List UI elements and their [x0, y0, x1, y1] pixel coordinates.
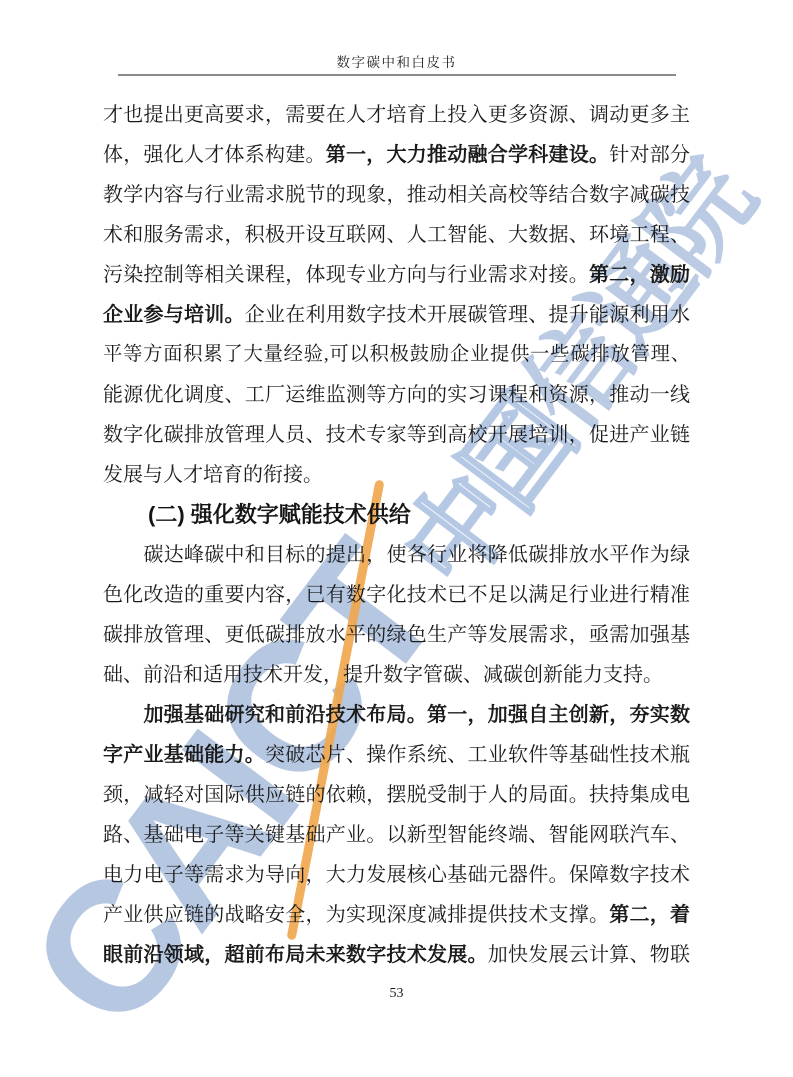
body-text: 才也提出更高要求，需要在人才培育上投入更多资源、调动更多主体，强化人才体系构建。… [103, 95, 690, 975]
text-line: 能源优化调度、工厂运维监测等方向的实习课程和资源，推动一线 [103, 375, 690, 415]
text-line: 才也提出更高要求，需要在人才培育上投入更多资源、调动更多主 [103, 95, 690, 135]
text-run: 数字化碳排放管理人员、技术专家等到高校开展培训，促进产业链 [103, 424, 690, 446]
header-rule [118, 74, 676, 76]
text-run: 加快发展云计算、物联 [488, 944, 690, 966]
text-run: 能源优化调度、工厂运维监测等方向的实习课程和资源，推动一线 [103, 384, 690, 406]
text-line: 路、基础电子等关键基础产业。以新型智能终端、智能网联汽车、 [103, 815, 690, 855]
text-line: 教学内容与行业需求脱节的现象，推动相关高校等结合数字减碳技 [103, 175, 690, 215]
text-run: 颈，减轻对国际供应链的依赖，摆脱受制于人的局面。扶持集成电 [103, 784, 690, 806]
bold-text-run: 企业参与培训。 [103, 304, 245, 326]
text-run: 础、前沿和适用技术开发，提升数字管碳、减碳创新能力支持。 [103, 664, 663, 686]
text-run: 碳达峰碳中和目标的提出，使各行业将降低碳排放水平作为绿 [144, 544, 691, 566]
text-line: 眼前沿领域，超前布局未来数字技术发展。加快发展云计算、物联 [103, 935, 690, 975]
document-page: CAICT中国信通院 数字碳中和白皮书 才也提出更高要求，需要在人才培育上投入更… [0, 0, 793, 1077]
text-run: 术和服务需求，积极开设互联网、人工智能、大数据、环境工程、 [103, 224, 690, 246]
section-heading: (二) 强化数字赋能技术供给 [103, 495, 690, 535]
text-line: 字产业基础能力。突破芯片、操作系统、工业软件等基础性技术瓶 [103, 735, 690, 775]
text-line: 体，强化人才体系构建。第一，大力推动融合学科建设。针对部分 [103, 135, 690, 175]
text-run: 污染控制等相关课程，体现专业方向与行业需求对接。 [103, 264, 589, 286]
text-run: 针对部分 [609, 144, 690, 166]
bold-text-run: 第一，大力推动融合学科建设。 [326, 144, 610, 166]
text-line: 加强基础研究和前沿技术布局。第一，加强自主创新，夯实数 [103, 695, 690, 735]
text-run: 体，强化人才体系构建。 [103, 144, 326, 166]
text-run: 平等方面积累了大量经验,可以积极鼓励企业提供一些碳排放管理、 [103, 344, 690, 365]
text-run: 路、基础电子等关键基础产业。以新型智能终端、智能网联汽车、 [103, 824, 690, 846]
bold-text-run: 加强基础研究和前沿技术布局。第一，加强自主创新，夯实数 [144, 704, 691, 726]
bold-text-run: (二) 强化数字赋能技术供给 [148, 502, 411, 527]
text-line: 术和服务需求，积极开设互联网、人工智能、大数据、环境工程、 [103, 215, 690, 255]
text-run: 产业供应链的战略安全，为实现深度减排提供技术支撑。 [103, 904, 609, 926]
text-line: 产业供应链的战略安全，为实现深度减排提供技术支撑。第二，着 [103, 895, 690, 935]
text-line: 碳达峰碳中和目标的提出，使各行业将降低碳排放水平作为绿 [103, 535, 690, 575]
bold-text-run: 第二，着 [609, 904, 690, 926]
page-header-title: 数字碳中和白皮书 [0, 51, 793, 71]
bold-text-run: 字产业基础能力。 [103, 744, 265, 766]
text-run: 教学内容与行业需求脱节的现象，推动相关高校等结合数字减碳技 [103, 184, 690, 206]
text-line: 平等方面积累了大量经验,可以积极鼓励企业提供一些碳排放管理、 [103, 335, 690, 375]
text-line: 色化改造的重要内容，已有数字化技术已不足以满足行业进行精准 [103, 575, 690, 615]
text-line: 电力电子等需求为导向，大力发展核心基础元器件。保障数字技术 [103, 855, 690, 895]
text-run: 企业在利用数字技术开展碳管理、提升能源利用水 [245, 304, 690, 326]
text-run: 突破芯片、操作系统、工业软件等基础性技术瓶 [265, 744, 690, 766]
text-run: 色化改造的重要内容，已有数字化技术已不足以满足行业进行精准 [103, 584, 690, 606]
text-line: 碳排放管理、更低碳排放水平的绿色生产等发展需求，亟需加强基 [103, 615, 690, 655]
text-line: 发展与人才培育的衔接。 [103, 455, 690, 495]
text-run: 才也提出更高要求，需要在人才培育上投入更多资源、调动更多主 [103, 104, 690, 126]
bold-text-run: 第二，激励 [589, 264, 690, 286]
text-line: 础、前沿和适用技术开发，提升数字管碳、减碳创新能力支持。 [103, 655, 690, 695]
text-line: 企业参与培训。企业在利用数字技术开展碳管理、提升能源利用水 [103, 295, 690, 335]
bold-text-run: 眼前沿领域，超前布局未来数字技术发展。 [103, 944, 488, 966]
text-line: 污染控制等相关课程，体现专业方向与行业需求对接。第二，激励 [103, 255, 690, 295]
page-number: 53 [0, 986, 793, 1002]
text-line: 颈，减轻对国际供应链的依赖，摆脱受制于人的局面。扶持集成电 [103, 775, 690, 815]
text-run: 发展与人才培育的衔接。 [103, 464, 323, 486]
text-run: 电力电子等需求为导向，大力发展核心基础元器件。保障数字技术 [103, 864, 690, 886]
text-run: 碳排放管理、更低碳排放水平的绿色生产等发展需求，亟需加强基 [103, 624, 690, 646]
text-line: 数字化碳排放管理人员、技术专家等到高校开展培训，促进产业链 [103, 415, 690, 455]
